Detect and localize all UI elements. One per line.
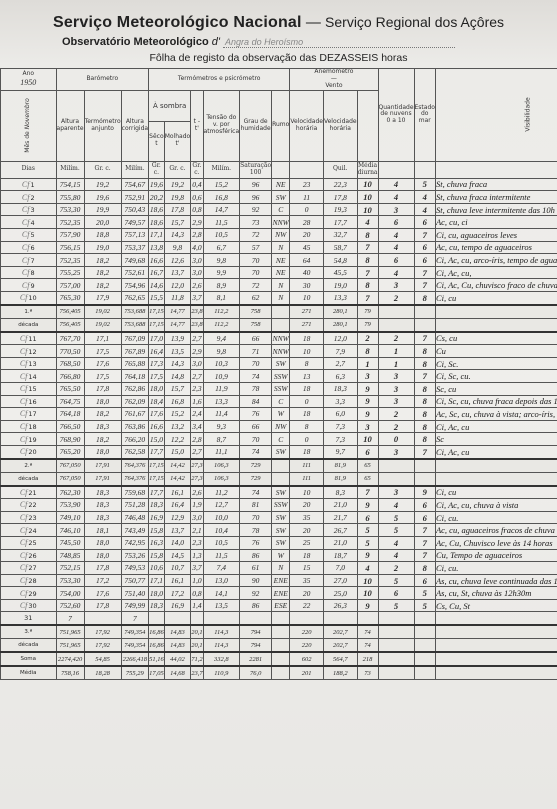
- cell-visibility: 8: [414, 292, 435, 305]
- table-row: Cf1754,1519,2754,6719,619,20,415,296NE23…: [1, 178, 557, 191]
- cell-visibility: 6: [414, 216, 435, 229]
- observation-table: Ano1950BarómetroTermómetros e psicrómetr…: [0, 68, 557, 680]
- table-row: Cf19768,9018,2766,2015,012,22,88,770C07,…: [1, 433, 557, 446]
- barometer-group-header: Barómetro: [56, 69, 149, 91]
- cell-sea-state: 3: [378, 486, 414, 499]
- cell-observation: Ci, cu, aguaceiros leves: [435, 229, 557, 242]
- cell-wet: 14,5: [164, 549, 190, 562]
- cell-baro: 756,15: [56, 241, 84, 254]
- decade-2-dry: 17,15: [149, 472, 165, 486]
- cell-wind-speed-mean: 8,3: [323, 486, 357, 499]
- cell-sea-state: 6: [378, 587, 414, 600]
- cell-observation: Ci, Ac, cu,: [435, 266, 557, 279]
- cell-bt: 19,2: [84, 178, 121, 191]
- sheet-subtitle: Fôlha de registo da observação das DEZAS…: [0, 52, 557, 64]
- cell-baro: 752,35: [56, 254, 84, 267]
- cell-cloud-quantity: 3: [357, 420, 378, 433]
- cell-hum: 66: [240, 420, 272, 433]
- cell-bc: 750,77: [121, 574, 148, 587]
- decade-1-baro: 756,405: [56, 318, 84, 332]
- cell-hum: 92: [240, 203, 272, 216]
- regional-service-name: Serviço Regional dos Açôres: [325, 14, 504, 30]
- cell-wind-speed: 15: [290, 562, 324, 575]
- cell-hum: 71: [240, 345, 272, 358]
- cell-dry: 18,0: [149, 587, 165, 600]
- decade-3-blank: [272, 639, 290, 653]
- decade-1-wet: 14,77: [164, 305, 190, 319]
- day-number: 8: [30, 269, 34, 277]
- cell-wind-speed-mean: 58,7: [323, 241, 357, 254]
- cell-bc: 766,20: [121, 433, 148, 446]
- cell-cloud-quantity: 9: [357, 599, 378, 612]
- cell-baro: 770,50: [56, 345, 84, 358]
- cell-visibility: 8: [414, 433, 435, 446]
- cell-vap: 8,9: [203, 279, 240, 292]
- unit-blank: [414, 161, 435, 178]
- cell-wind-direction: N: [272, 292, 290, 305]
- cell-baro: 765,30: [56, 292, 84, 305]
- table-row: Cf21762,3018,3759,6817,716,12,611,274SW1…: [1, 486, 557, 499]
- cell-wet: 16,9: [164, 599, 190, 612]
- day-number: 26: [28, 552, 36, 560]
- cell-vap: 10,0: [203, 511, 240, 524]
- sea-state-header: Estado do mar: [414, 69, 435, 162]
- cell-visibility: 8: [414, 357, 435, 370]
- cell-hum: 96: [240, 191, 272, 204]
- cell-wind-speed-mean: 22,3: [323, 178, 357, 191]
- cell-bc: 746,48: [121, 511, 148, 524]
- initials-mark: Cf: [22, 218, 30, 227]
- cell-observation: Ci, cu.: [435, 562, 557, 575]
- table-row: Cf15765,5017,8762,8618,015,72,311,978SSW…: [1, 382, 557, 395]
- table-row: Cf13768,5017,6765,8817,314,33,010,370SW8…: [1, 357, 557, 370]
- sum-diff: 71,2: [191, 652, 203, 666]
- cell-sea-state: 4: [378, 549, 414, 562]
- cell-diff: 0,8: [191, 203, 203, 216]
- cell-bc: 752,91: [121, 191, 148, 204]
- cell-observation: Ci, Ac, cu: [435, 445, 557, 458]
- cell-wind-speed-mean: 12,0: [323, 332, 357, 345]
- cell-bt: 17,8: [84, 382, 121, 395]
- cell-diff: 0,6: [191, 191, 203, 204]
- cell-wind-direction: SSW: [272, 370, 290, 383]
- cell-observation: As, cu, St, chuva às 12h30m: [435, 587, 557, 600]
- cell-wind-speed: 18: [290, 408, 324, 421]
- cell-sea-state: 4: [378, 241, 414, 254]
- cell-visibility: 6: [414, 574, 435, 587]
- cell-bc: 762,09: [121, 395, 148, 408]
- cell-baro: 752,35: [56, 216, 84, 229]
- cell-wind-speed-mean: 27,0: [323, 574, 357, 587]
- cell-sea-state: 4: [378, 536, 414, 549]
- decade-2-wind-speed-mean: 81,9: [323, 459, 357, 473]
- cell-bc: 750,43: [121, 203, 148, 216]
- cell-wind-speed: 10: [290, 292, 324, 305]
- decade-3-vap: 114,3: [203, 639, 240, 653]
- cell-baro: 755,25: [56, 266, 84, 279]
- cell-wet: 12,0: [164, 279, 190, 292]
- day-number: 14: [28, 373, 36, 381]
- sum-observation: [435, 652, 557, 666]
- cell-bt: 18,2: [84, 433, 121, 446]
- initials-mark: Cf: [20, 334, 28, 343]
- decade-3-baro: 751,965: [56, 625, 84, 639]
- cell-hum: 70: [240, 266, 272, 279]
- decade-2-baro: 767,050: [56, 459, 84, 473]
- decade-2-wind-speed-mean: 81,9: [323, 472, 357, 486]
- cell-bt: 18,3: [84, 511, 121, 524]
- cell-wet: 17,8: [164, 203, 190, 216]
- cell-cloud-quantity: 5: [357, 524, 378, 537]
- table-row: Cf8755,2518,2752,6116,713,73,09,970NE404…: [1, 266, 557, 279]
- cell-bc: 749,53: [121, 562, 148, 575]
- cell-diff: 1,3: [191, 549, 203, 562]
- cell-baro: 752,60: [56, 599, 84, 612]
- cell-sea-state: 5: [378, 574, 414, 587]
- cell-diff: 1,6: [191, 395, 203, 408]
- cell-hum: 72: [240, 279, 272, 292]
- decade-2-blank: [414, 472, 435, 486]
- cell-wet: 14,3: [164, 229, 190, 242]
- cell-visibility: 5: [414, 587, 435, 600]
- initials-mark: Cf: [20, 397, 28, 406]
- cell-visibility: 8: [414, 345, 435, 358]
- observatory-prefix: d': [212, 36, 220, 48]
- day-cell: Cf29: [1, 587, 57, 600]
- cell-empty: [357, 612, 378, 625]
- cell-visibility: 6: [414, 511, 435, 524]
- cell-wet: 15,7: [164, 216, 190, 229]
- decade-3-dry: 16,86: [149, 625, 165, 639]
- cell-wind-speed: 18: [290, 332, 324, 345]
- unit-grc: Gr. c.: [84, 161, 121, 178]
- cell-sea-state: 2: [378, 420, 414, 433]
- initials-mark: Cf: [22, 281, 30, 290]
- cell-observation: Ac, Sc, cu, chuva à vista; arco-íris, ch…: [435, 408, 557, 421]
- cell-wind-speed: 30: [290, 279, 324, 292]
- baro-corrected-header: Altura corrigida: [121, 90, 148, 161]
- cell-visibility: 8: [414, 382, 435, 395]
- table-row: Cf10765,3017,9762,6515,511,83,78,162N101…: [1, 292, 557, 305]
- decade-2-vap: 106,3: [203, 472, 240, 486]
- cell-dry: 13,8: [149, 241, 165, 254]
- sum-cloud-quantity: 218: [357, 652, 378, 666]
- day-number: 29: [28, 590, 36, 598]
- cell-observation: Ci, Sc, cu, chuva fraca depois das 10h.: [435, 395, 557, 408]
- decade-1-row: 1.ª756,40519,02753,68817,1514,7723,8112,…: [1, 305, 557, 319]
- cell-wind-direction: SW: [272, 536, 290, 549]
- table-row: Cf24746,1018,1743,4915,813,72,110,478SW2…: [1, 524, 557, 537]
- decade-2-diff: 27,3: [191, 459, 203, 473]
- decade-1-vap: 112,2: [203, 318, 240, 332]
- table-row: Cf26748,8518,0753,2615,814,51,311,586W18…: [1, 549, 557, 562]
- cell-observation: Cs, cu: [435, 332, 557, 345]
- table-row: Cf27752,1517,8749,5310,610,73,77,461N157…: [1, 562, 557, 575]
- cell-wet: 19,2: [164, 178, 190, 191]
- cell-observation: Ci, Ac, Cu, chuvisco fraco de chuva: [435, 279, 557, 292]
- day-cell: Cf21: [1, 486, 57, 499]
- cell-cloud-quantity: 6: [357, 511, 378, 524]
- cell-dry: 10,6: [149, 562, 165, 575]
- cell-hum: 66: [240, 332, 272, 345]
- mean-observation: [435, 666, 557, 680]
- diff-header: t - t': [191, 90, 203, 161]
- day-cell: Cf20: [1, 445, 57, 458]
- cell-observation: Ci, Sc.: [435, 357, 557, 370]
- decade-1-wind-speed-mean: 280,1: [323, 305, 357, 319]
- cell-wind-speed: 22: [290, 599, 324, 612]
- unit-mm: Milím.: [121, 161, 148, 178]
- cell-visibility: 4: [414, 191, 435, 204]
- cell-wet: 15,2: [164, 408, 190, 421]
- initials-mark: Cf: [20, 422, 28, 431]
- cell-vap: 10,9: [203, 370, 240, 383]
- cell-dry: 17,1: [149, 574, 165, 587]
- decade-3-blank: [414, 625, 435, 639]
- day-number: 7: [30, 257, 34, 265]
- cell-wind-speed-mean: 19,3: [323, 203, 357, 216]
- cell-baro: 753,90: [56, 499, 84, 512]
- sum-blank: [414, 652, 435, 666]
- decade-3-hum: 794: [240, 625, 272, 639]
- decade-2-observation: [435, 472, 557, 486]
- decade-2-bc: 764,376: [121, 459, 148, 473]
- cell-sea-state: 4: [378, 229, 414, 242]
- cell-dry: 17,7: [149, 445, 165, 458]
- cell-baro: 766,80: [56, 370, 84, 383]
- initials-mark: Cf: [22, 243, 30, 252]
- cell-bc: 762,65: [121, 292, 148, 305]
- cell-cloud-quantity: 10: [357, 178, 378, 191]
- cell-sea-state: 3: [378, 203, 414, 216]
- cell-bt: 17,1: [84, 332, 121, 345]
- decade-2-observation: [435, 459, 557, 473]
- cell-bt: 19,9: [84, 203, 121, 216]
- cell-cloud-quantity: 1: [357, 357, 378, 370]
- day-number: 30: [28, 602, 36, 610]
- decade-3-wet: 14,83: [164, 625, 190, 639]
- cell-wind-speed-mean: 13,3: [323, 292, 357, 305]
- cell-visibility: 8: [414, 395, 435, 408]
- cell-cloud-quantity: 9: [357, 382, 378, 395]
- cell-sea-state: 3: [378, 382, 414, 395]
- cell-wind-speed-mean: 7,3: [323, 433, 357, 446]
- cell-wind-speed: 20: [290, 524, 324, 537]
- decade-3-label: 3.ª: [1, 625, 57, 639]
- cell-bt: 17,5: [84, 370, 121, 383]
- cell-wind-speed: 20: [290, 229, 324, 242]
- cell-baro: 757,90: [56, 229, 84, 242]
- cell-wind-speed-mean: 54,8: [323, 254, 357, 267]
- cell-baro: 746,10: [56, 524, 84, 537]
- cell-hum: 78: [240, 382, 272, 395]
- cell-bt: 17,8: [84, 562, 121, 575]
- decade-3-blank: [414, 639, 435, 653]
- cell-wind-direction: ENE: [272, 574, 290, 587]
- cell-diff: 2,9: [191, 216, 203, 229]
- cell-dry: 18,3: [149, 599, 165, 612]
- cell-diff: 2,6: [191, 486, 203, 499]
- cell-dry: 18,3: [149, 499, 165, 512]
- cell-diff: 0,4: [191, 178, 203, 191]
- cell-cloud-quantity: 8: [357, 345, 378, 358]
- decade-2-dry: 17,15: [149, 459, 165, 473]
- cell-diff: 3,0: [191, 511, 203, 524]
- cell-dry: 18,4: [149, 395, 165, 408]
- cell-bt: 19,0: [84, 241, 121, 254]
- cell-vap: 13,0: [203, 574, 240, 587]
- decade-2-row: década767,05017,91764,37617,1514,4227,31…: [1, 472, 557, 486]
- cell-dry: 17,3: [149, 357, 165, 370]
- cell-cloud-quantity: 4: [357, 562, 378, 575]
- day-number: 24: [28, 527, 36, 535]
- cell-wind-direction: NNW: [272, 216, 290, 229]
- cell-cloud-quantity: 9: [357, 499, 378, 512]
- day-number: 1: [30, 181, 34, 189]
- mean-vap: 110,9: [203, 666, 240, 680]
- decade-1-blank: [378, 318, 414, 332]
- day-cell: Cf10: [1, 292, 57, 305]
- day-number: 13: [28, 360, 36, 368]
- cell-bt: 18,2: [84, 254, 121, 267]
- cell-sea-state: 0: [378, 433, 414, 446]
- wind-direction-header: Rumo: [272, 90, 290, 161]
- cell-visibility: 7: [414, 266, 435, 279]
- day-number: 11: [28, 335, 36, 343]
- mean-wind-speed: 201: [290, 666, 324, 680]
- cell-diff: 2,7: [191, 332, 203, 345]
- cell-wind-speed: 8: [290, 420, 324, 433]
- decade-1-bc: 753,688: [121, 318, 148, 332]
- cell-sea-state: 4: [378, 178, 414, 191]
- decade-1-vap: 112,2: [203, 305, 240, 319]
- cell-hum: 78: [240, 524, 272, 537]
- day-cell: Cf14: [1, 370, 57, 383]
- observatory-line: Observatório Meteorológico d' Angra do H…: [62, 36, 455, 48]
- cell-vap: 11,1: [203, 445, 240, 458]
- cell-bc: 754,67: [121, 178, 148, 191]
- cell-bt: 17,6: [84, 587, 121, 600]
- cell-wind-direction: W: [272, 408, 290, 421]
- cell-wind-direction: N: [272, 241, 290, 254]
- decade-3-bt: 17,92: [84, 625, 121, 639]
- initials-mark: Cf: [20, 435, 28, 444]
- table-row: Cf4752,3520,0749,5718,615,72,911,573NNW2…: [1, 216, 557, 229]
- cell-vap: 13,5: [203, 599, 240, 612]
- cell-bc: 753,26: [121, 549, 148, 562]
- cell-hum: 74: [240, 370, 272, 383]
- cell-vap: 9,8: [203, 254, 240, 267]
- table-row: Cf22753,9018,3751,2818,316,41,912,781SSW…: [1, 499, 557, 512]
- cell-wind-direction: NNW: [272, 332, 290, 345]
- decade-3-bc: 749,354: [121, 625, 148, 639]
- cell-cloud-quantity: 8: [357, 279, 378, 292]
- day-cell: Cf12: [1, 345, 57, 358]
- cell-wind-direction: N: [272, 562, 290, 575]
- humidity-header: Grau de humidade: [240, 90, 272, 161]
- cell-diff: 3,0: [191, 266, 203, 279]
- day-cell: Cf13: [1, 357, 57, 370]
- cell-empty: [203, 612, 240, 625]
- cell-bc: 751,40: [121, 587, 148, 600]
- decade-1-label: 1.ª: [1, 305, 57, 319]
- cell-sea-state: 6: [378, 216, 414, 229]
- cell-hum: 61: [240, 562, 272, 575]
- initials-mark: Cf: [20, 601, 28, 610]
- cell-wind-speed-mean: 21,0: [323, 536, 357, 549]
- cell-baro: 754,00: [56, 587, 84, 600]
- initials-mark: Cf: [20, 576, 28, 585]
- cell-bc: 749,99: [121, 599, 148, 612]
- day-cell: Cf23: [1, 511, 57, 524]
- sum-wind-speed: 602: [290, 652, 324, 666]
- cell-visibility: 9: [414, 486, 435, 499]
- day-number: 17: [28, 410, 36, 418]
- decade-1-observation: [435, 305, 557, 319]
- day-cell: Cf22: [1, 499, 57, 512]
- cell-hum: 76: [240, 536, 272, 549]
- cell-diff: 2,8: [191, 433, 203, 446]
- cell-vap: 8,1: [203, 292, 240, 305]
- cell-wet: 16,4: [164, 499, 190, 512]
- cell-wind-speed-mean: 26,7: [323, 524, 357, 537]
- sum-row: Soma2274,42054,852266,41851,1644,0271,23…: [1, 652, 557, 666]
- cell-bc: 754,96: [121, 279, 148, 292]
- anemometer-group-header: Anemómetro—Vento: [290, 69, 378, 91]
- decade-2-vap: 106,3: [203, 459, 240, 473]
- cell-diff: 2,8: [191, 229, 203, 242]
- cell-wind-speed: 18: [290, 549, 324, 562]
- cell-wind-speed: 0: [290, 395, 324, 408]
- decade-3-wind-speed: 220: [290, 625, 324, 639]
- decade-1-baro: 756,405: [56, 305, 84, 319]
- baro-height-header: Altura aparente: [56, 90, 84, 161]
- cell-empty: [149, 612, 165, 625]
- cell-sea-state: 1: [378, 345, 414, 358]
- decade-3-observation: [435, 625, 557, 639]
- sum-vap: 332,8: [203, 652, 240, 666]
- cell-observation: Ci, cu: [435, 486, 557, 499]
- cell-diff: 3,7: [191, 562, 203, 575]
- day-cell: Cf16: [1, 395, 57, 408]
- cell-vap: 10,5: [203, 536, 240, 549]
- cell-wet: 14,8: [164, 370, 190, 383]
- decade-3-diff: 20,1: [191, 625, 203, 639]
- cell-sea-state: 1: [378, 357, 414, 370]
- cell-baro: 755,80: [56, 191, 84, 204]
- initials-mark: Cf: [20, 409, 28, 418]
- cell-wet: 13,2: [164, 420, 190, 433]
- day-cell: Cf27: [1, 562, 57, 575]
- cell-dry: 16,3: [149, 536, 165, 549]
- cell-diff: 3,4: [191, 420, 203, 433]
- cell-hum: 92: [240, 587, 272, 600]
- cell-baro: 762,30: [56, 486, 84, 499]
- decade-2-blank: [414, 459, 435, 473]
- decade-1-observation: [435, 318, 557, 332]
- decade-1-wind-speed-mean: 280,1: [323, 318, 357, 332]
- table-row: Cf2755,8019,6752,9120,219,80,616,896SW11…: [1, 191, 557, 204]
- cell-dry: 16,6: [149, 254, 165, 267]
- cell-cloud-quantity: 7: [357, 241, 378, 254]
- cell-bt: 18,2: [84, 266, 121, 279]
- cell-wind-direction: SW: [272, 191, 290, 204]
- cell-hum: 74: [240, 445, 272, 458]
- decade-1-cloud-quantity: 79: [357, 305, 378, 319]
- cell-bt: 17,5: [84, 345, 121, 358]
- cell-hum: 90: [240, 574, 272, 587]
- cell-wind-direction: SW: [272, 357, 290, 370]
